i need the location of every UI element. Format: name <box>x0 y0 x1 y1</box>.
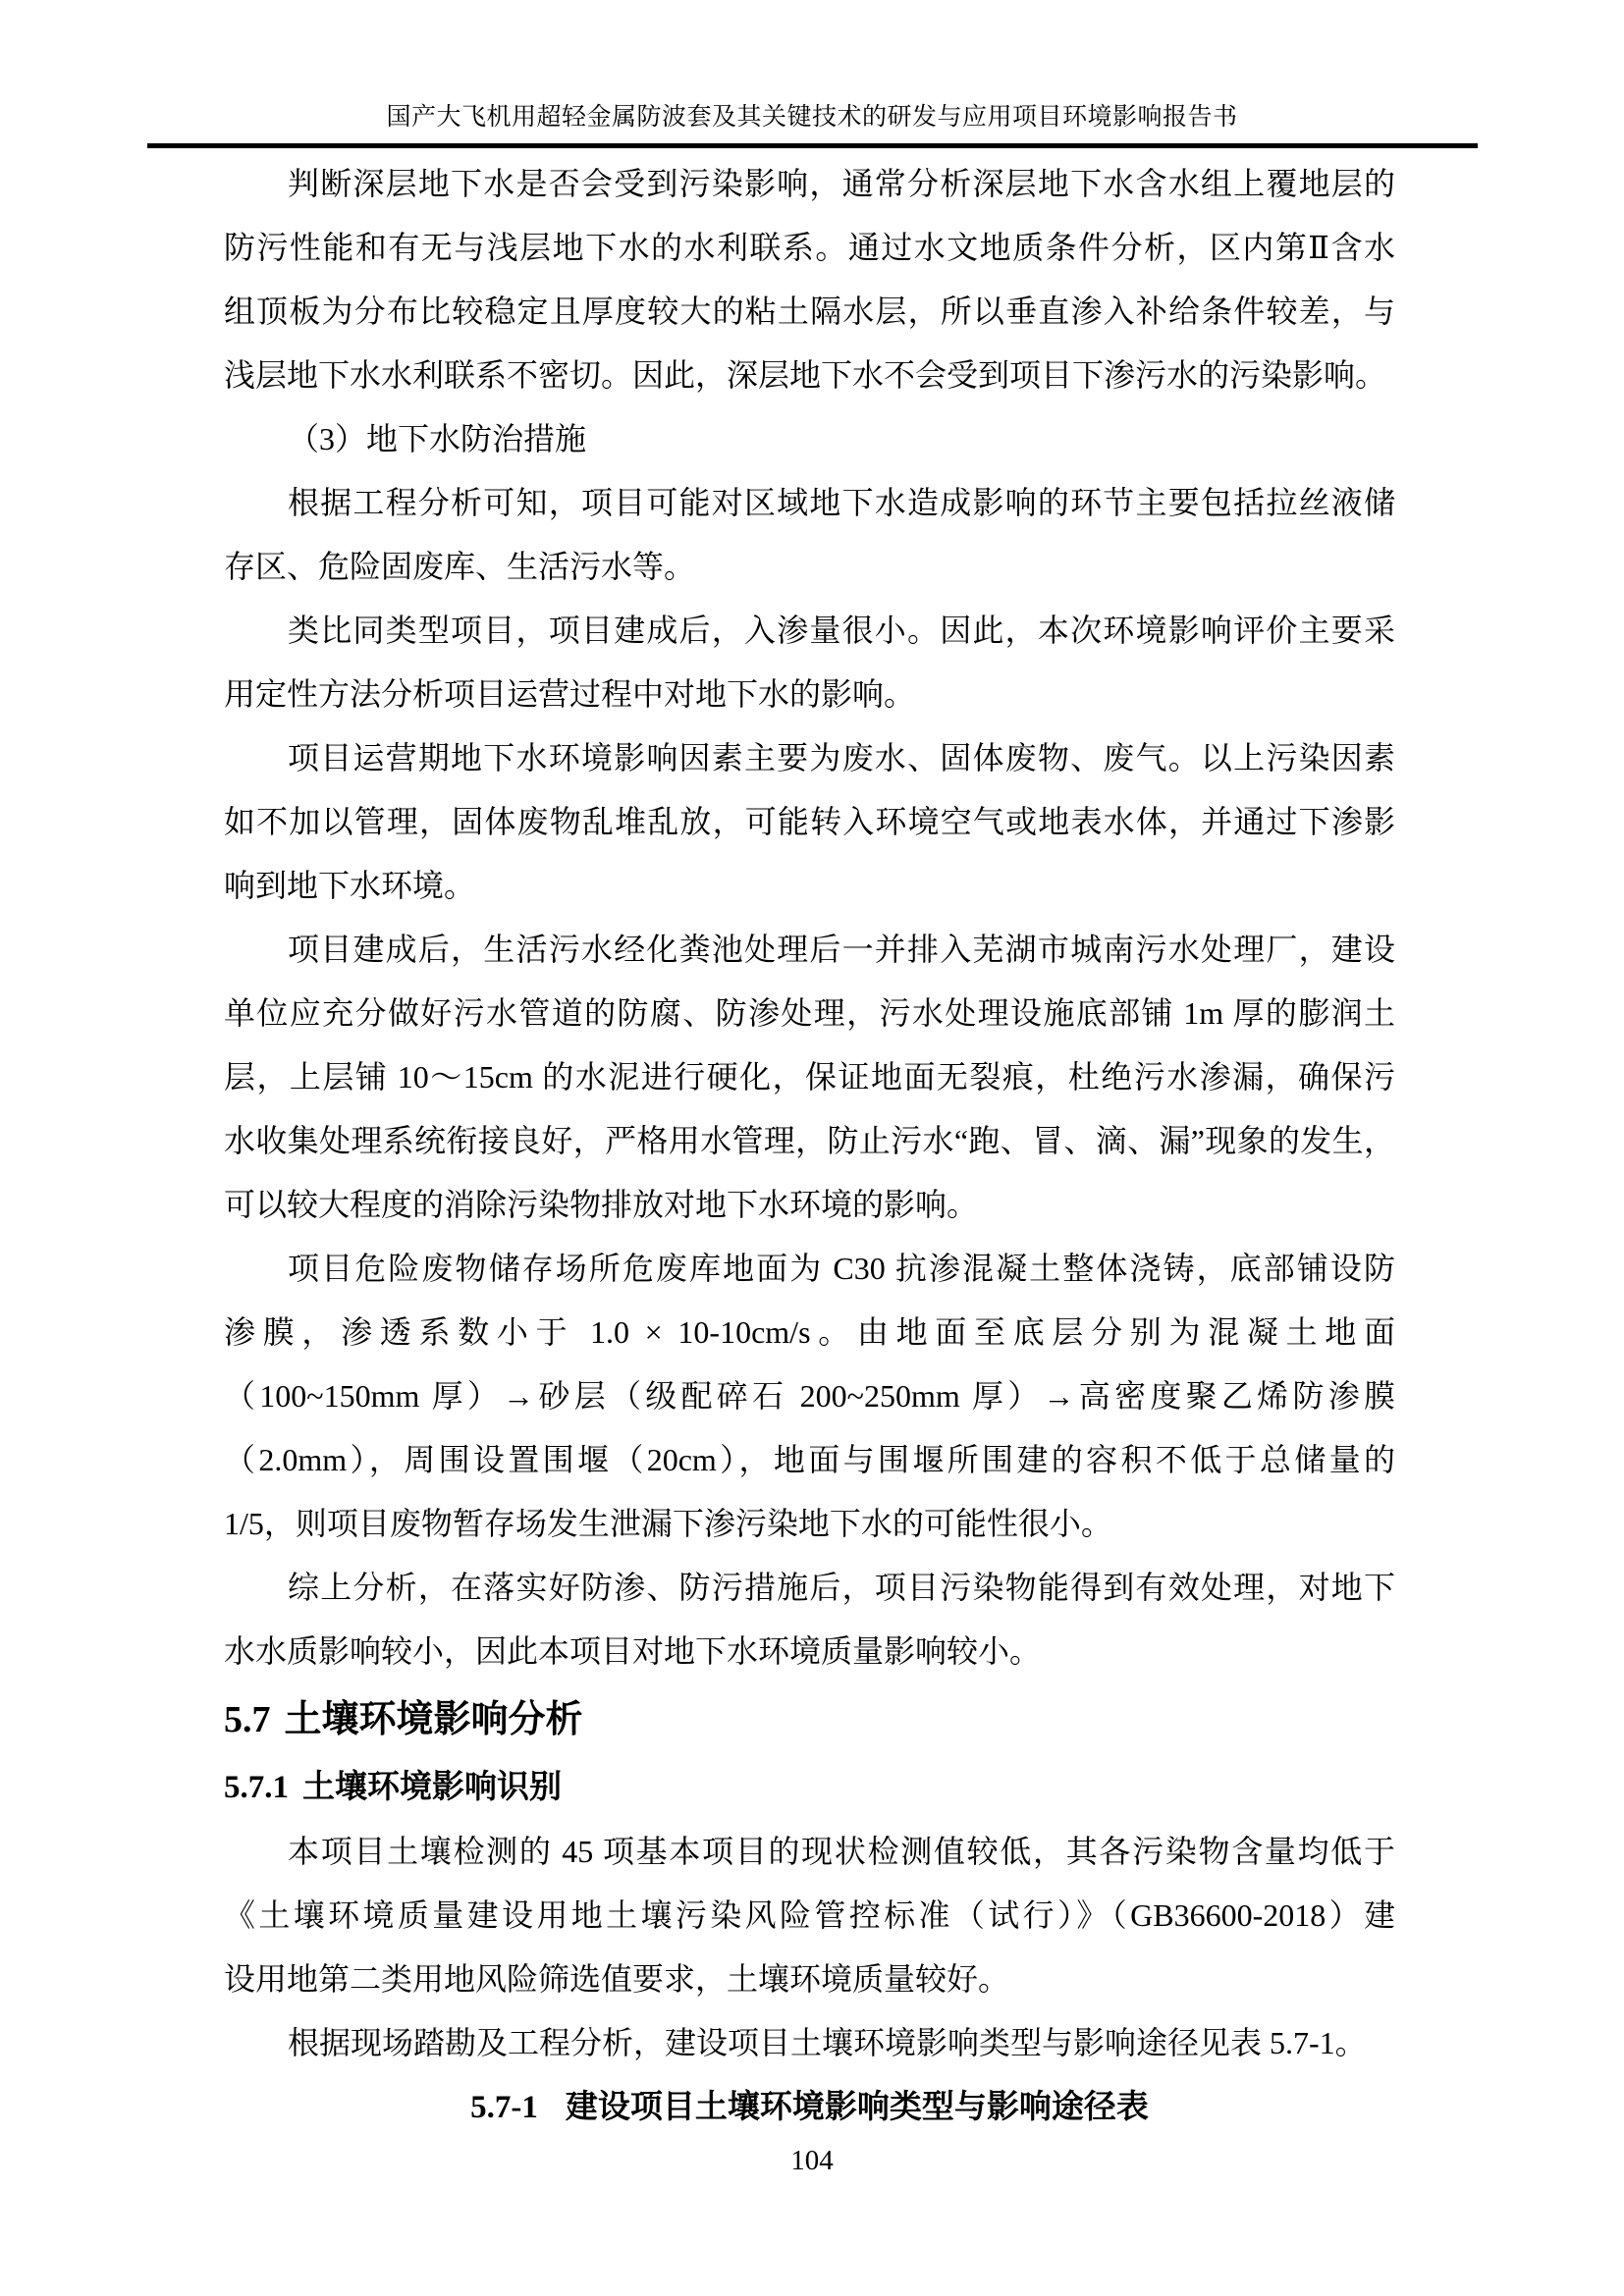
body-text-line: 渗膜，渗透系数小于 1.0 × 10-10cm/s。由地面至底层分别为混凝土地面 <box>224 1301 1395 1364</box>
body-text-line: 水水质影响较小，因此本项目对地下水环境质量影响较小。 <box>224 1620 1395 1683</box>
body-text-line: 如不加以管理，固体废物乱堆乱放，可能转入环境空气或地表水体，并通过下渗影 <box>224 790 1395 854</box>
body-text-line: 项目建成后，生活污水经化粪池处理后一并排入芜湖市城南污水处理厂，建设 <box>224 918 1395 982</box>
body-text-line: 类比同类型项目，项目建成后，入渗量很小。因此，本次环境影响评价主要采 <box>224 599 1395 663</box>
table-caption-title: 建设项目土壤环境影响类型与影响途径表 <box>566 2090 1149 2125</box>
body-text-line: （2.0mm），周围设置围堰（20cm），地面与围堰所围建的容积不低于总储量的 <box>224 1428 1395 1492</box>
body-text-line: 根据现场踏勘及工程分析，建设项目土壤环境影响类型与影响途径见表 5.7-1。 <box>224 2011 1395 2075</box>
body-text-line: 组顶板为分布比较稳定且厚度较大的粘土隔水层，所以垂直渗入补给条件较差，与 <box>224 280 1395 344</box>
body-text-line: 设用地第二类用地风险筛选值要求，土壤环境质量较好。 <box>224 1948 1395 2011</box>
document-page: 国产大飞机用超轻金属防波套及其关键技术的研发与应用项目环境影响报告书 判断深层地… <box>0 0 1624 2296</box>
body-text-line: 项目运营期地下水环境影响因素主要为废水、固体废物、废气。以上污染因素 <box>224 726 1395 790</box>
section-heading-number: 5.7 <box>224 1699 271 1740</box>
body-text-line: 项目危险废物储存场所危废库地面为 C30 抗渗混凝土整体浇铸，底部铺设防 <box>224 1237 1395 1301</box>
page-header-title: 国产大飞机用超轻金属防波套及其关键技术的研发与应用项目环境影响报告书 <box>0 98 1624 137</box>
body-text-line: 防污性能和有无与浅层地下水的水利联系。通过水文地质条件分析，区内第Ⅱ含水 <box>224 216 1395 280</box>
subsection-heading-title: 土壤环境影响识别 <box>302 1770 562 1805</box>
header-rule-divider <box>147 143 1478 148</box>
document-body: 判断深层地下水是否会受到污染影响，通常分析深层地下水含水组上覆地层的防污性能和有… <box>224 152 1395 2140</box>
table-caption: 5.7-1建设项目土壤环境影响类型与影响途径表 <box>224 2075 1395 2140</box>
body-text-line: 单位应充分做好污水管道的防腐、防渗处理，污水处理设施底部铺 1m 厚的膨润土 <box>224 982 1395 1045</box>
body-text-line: 水收集处理系统衔接良好，严格用水管理，防止污水“跑、冒、滴、漏”现象的发生， <box>224 1109 1395 1173</box>
body-text-line: 《土壤环境质量建设用地土壤污染风险管控标准（试行）》（GB36600-2018）… <box>224 1884 1395 1948</box>
body-text-line: （3）地下水防治措施 <box>224 407 1395 471</box>
body-text-line: 1/5，则项目废物暂存场发生泄漏下渗污染地下水的可能性很小。 <box>224 1492 1395 1556</box>
section-heading: 5.7土壤环境影响分析 <box>224 1683 1395 1756</box>
body-text-line: 层，上层铺 10～15cm 的水泥进行硬化，保证地面无裂痕，杜绝污水渗漏，确保污 <box>224 1045 1395 1109</box>
subsection-heading-number: 5.7.1 <box>224 1770 289 1805</box>
body-text-line: 判断深层地下水是否会受到污染影响，通常分析深层地下水含水组上覆地层的 <box>224 152 1395 216</box>
table-caption-number: 5.7-1 <box>470 2090 538 2125</box>
body-text-line: 用定性方法分析项目运营过程中对地下水的影响。 <box>224 663 1395 726</box>
body-text-line: 综上分析，在落实好防渗、防污措施后，项目污染物能得到有效处理，对地下 <box>224 1556 1395 1620</box>
section-heading-title: 土壤环境影响分析 <box>285 1699 583 1740</box>
body-text-line: 响到地下水环境。 <box>224 854 1395 918</box>
body-text-line: 本项目土壤检测的 45 项基本项目的现状检测值较低，其各污染物含量均低于 <box>224 1820 1395 1884</box>
body-text-line: 根据工程分析可知，项目可能对区域地下水造成影响的环节主要包括拉丝液储 <box>224 471 1395 535</box>
body-text-line: 浅层地下水水利联系不密切。因此，深层地下水不会受到项目下渗污水的污染影响。 <box>224 344 1395 407</box>
body-text-line: （100~150mm 厚）→砂层（级配碎石 200~250mm 厚）→高密度聚乙… <box>224 1364 1395 1428</box>
subsection-heading: 5.7.1土壤环境影响识别 <box>224 1756 1395 1820</box>
body-text-line: 可以较大程度的消除污染物排放对地下水环境的影响。 <box>224 1173 1395 1237</box>
page-number: 104 <box>0 2140 1624 2181</box>
body-text-line: 存区、危险固废库、生活污水等。 <box>224 535 1395 599</box>
